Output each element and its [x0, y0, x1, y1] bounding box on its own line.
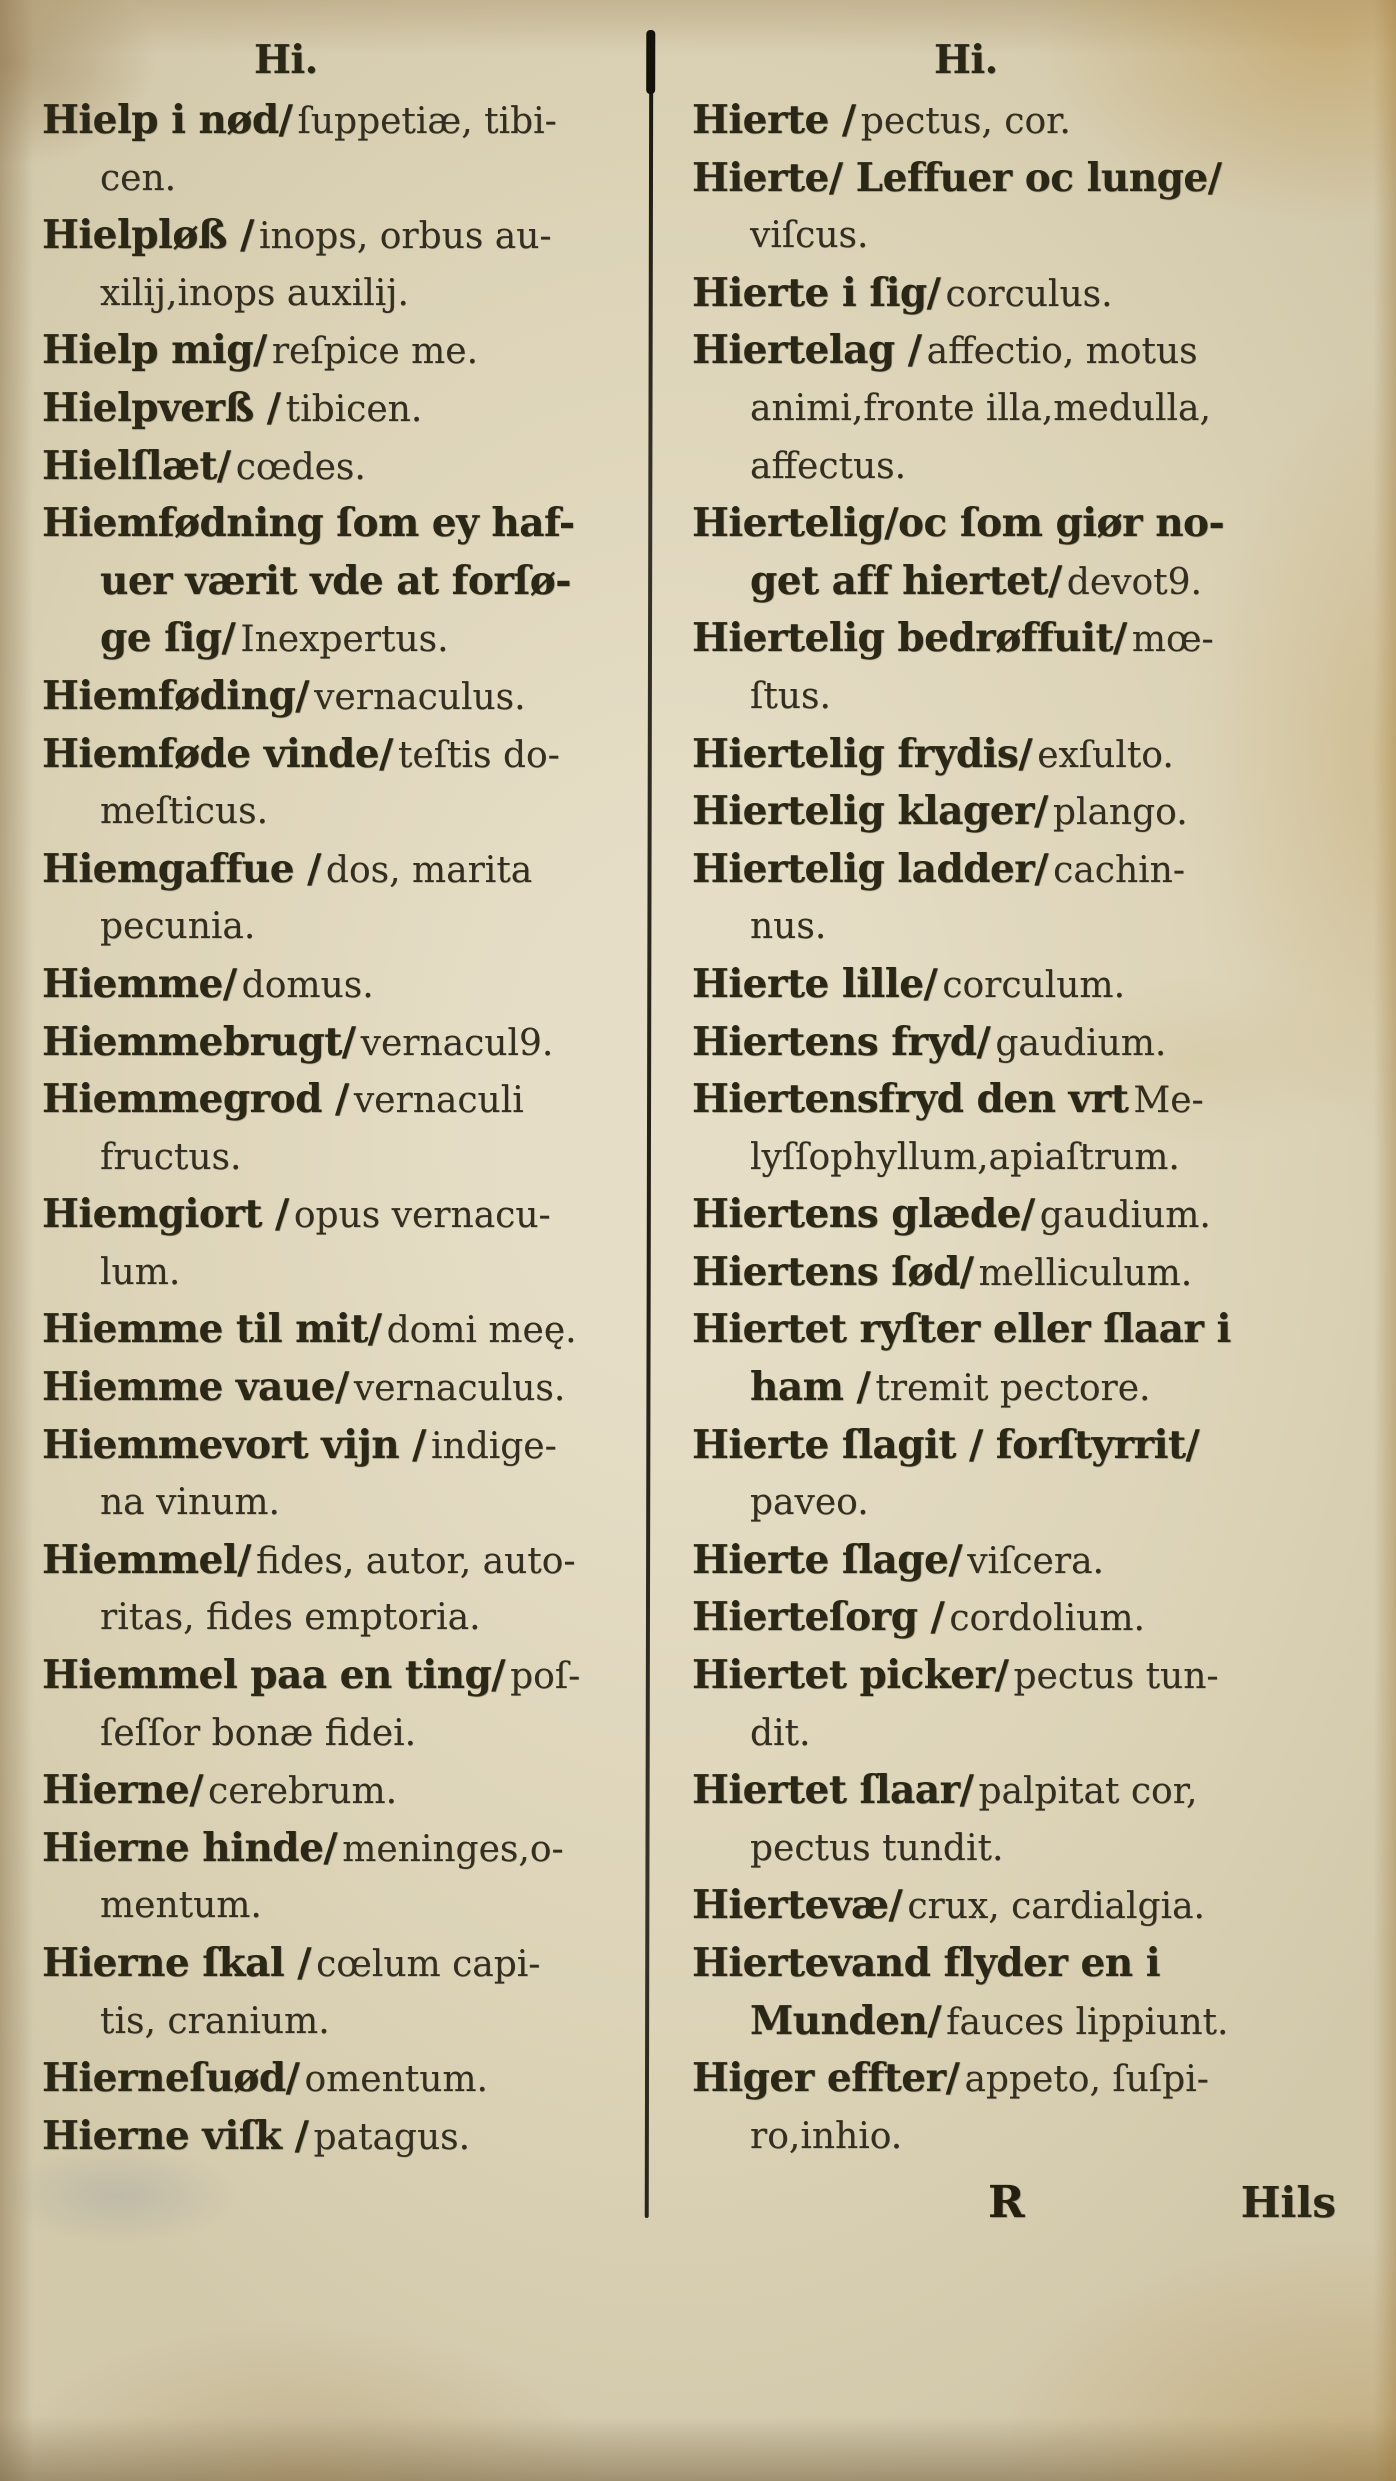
dictionary-line: affectus.	[692, 438, 1354, 496]
latin-gloss-text: indige-	[431, 1426, 557, 1467]
headword-text: Munden/	[750, 1998, 941, 2044]
latin-gloss-text: lum.	[100, 1252, 180, 1293]
latin-gloss-text: animi,fronte illa,medulla,	[750, 388, 1211, 429]
dictionary-line: lyſſophyllum,apiaſtrum.	[692, 1129, 1354, 1187]
headword-text: Hiertevæ/	[692, 1882, 902, 1928]
dictionary-line: Hiertet picker/ pectus tun-	[692, 1647, 1354, 1705]
dictionary-line: viſcus.	[692, 207, 1354, 265]
headword-text: Hiertet ryſter eller ſlaar i	[692, 1306, 1231, 1352]
latin-gloss-text: palpitat cor,	[978, 1771, 1197, 1812]
headword-text: Hiemfødning ſom ey haf-	[42, 500, 575, 546]
scanned-dictionary-page: Hi. Hielp i nød/ ſuppetiæ, tibi-cen.Hiel…	[0, 0, 1396, 2481]
dictionary-line: Hiemmegrod / vernaculi	[42, 1071, 642, 1129]
headword-text: Hiemføding/	[42, 673, 309, 719]
dictionary-line: Munden/ fauces lippiunt.	[692, 1993, 1354, 2051]
dictionary-line: Hierte ſlagit / forſtyrrit/	[692, 1417, 1354, 1475]
dictionary-line: Hierteſorg / cordolium.	[692, 1589, 1354, 1647]
dictionary-line: Hiertens fryd/ gaudium.	[692, 1014, 1354, 1072]
dictionary-line: Hiertevand flyder en i	[692, 1935, 1354, 1993]
dictionary-line: pecunia.	[42, 898, 642, 956]
latin-gloss-text: domus.	[242, 965, 374, 1006]
headword-text: Hierte ſlage/	[692, 1537, 962, 1583]
headword-text: Hierte /	[692, 97, 856, 143]
dictionary-line: Hiemme/ domus.	[42, 956, 642, 1014]
latin-gloss-text: cachin-	[1053, 850, 1185, 891]
dictionary-line: Hiertelig frydis/ exſulto.	[692, 726, 1354, 784]
latin-gloss-text: reſpice me.	[272, 331, 478, 372]
latin-gloss-text: cordolium.	[949, 1598, 1145, 1639]
latin-gloss-text: fauces lippiunt.	[946, 2002, 1228, 2043]
headword-text: Hiertelig frydis/	[692, 731, 1032, 777]
latin-gloss-text: dos, marita	[326, 850, 532, 891]
latin-gloss-text: pectus, cor.	[861, 101, 1071, 142]
latin-gloss-text: inops, orbus au-	[259, 216, 552, 257]
latin-gloss-text: mœ-	[1132, 619, 1214, 660]
dictionary-line: ham / tremit pectore.	[692, 1359, 1354, 1417]
dictionary-line: ge ſig/ Inexpertus.	[42, 610, 642, 668]
headword-text: Hiemgaffue /	[42, 846, 321, 892]
dictionary-column: Hi. Hielp i nød/ ſuppetiæ, tibi-cen.Hiel…	[42, 34, 642, 2165]
latin-gloss-text: fructus.	[100, 1137, 241, 1178]
headword-text: Hielp i nød/	[42, 97, 292, 143]
latin-gloss-text: melliculum.	[979, 1253, 1193, 1294]
dictionary-line: Hiemgiort / opus vernacu-	[42, 1186, 642, 1244]
latin-gloss-text: na vinum.	[100, 1482, 280, 1523]
dictionary-line: Hiertelig klager/ plango.	[692, 783, 1354, 841]
headword-text: Hiertelag /	[692, 327, 922, 373]
dictionary-line: Hierne/ cerebrum.	[42, 1762, 642, 1820]
latin-gloss-text: dit.	[750, 1713, 810, 1754]
signature-mark: R	[988, 2168, 1025, 2238]
dictionary-line: dit.	[692, 1705, 1354, 1763]
dictionary-line: Hielſlæt/ cœdes.	[42, 438, 642, 496]
latin-gloss-text: ritas, fides emptoria.	[100, 1597, 481, 1638]
column-divider-rule	[645, 38, 654, 2218]
page-footer: R Hils	[692, 2168, 1340, 2238]
latin-gloss-text: cœdes.	[236, 447, 366, 488]
headword-text: Hiemmebrugt/	[42, 1019, 356, 1065]
column-lines: Hierte / pectus, cor.Hierte/ Leffuer oc …	[692, 92, 1354, 2165]
latin-gloss-text: corculus.	[946, 274, 1113, 315]
latin-gloss-text: ſtus.	[750, 676, 831, 717]
headword-text: Hierne viſk /	[42, 2113, 308, 2159]
dictionary-line: Hiemmebrugt/ vernacul9.	[42, 1014, 642, 1072]
latin-gloss-text: viſcera.	[967, 1541, 1104, 1582]
dictionary-line: Hierte ſlage/ viſcera.	[692, 1532, 1354, 1590]
latin-gloss-text: cœlum capi-	[316, 1944, 540, 1985]
headword-text: Hiemmegrod /	[42, 1076, 349, 1122]
latin-gloss-text: xilij,inops auxilij.	[100, 273, 409, 314]
dictionary-line: Hierte / pectus, cor.	[692, 92, 1354, 150]
latin-gloss-text: tis, cranium.	[100, 2001, 330, 2042]
latin-gloss-text: vernaculus.	[354, 1368, 565, 1409]
dictionary-line: Hiertelag / affectio, motus	[692, 322, 1354, 380]
dictionary-line: Hielp mig/ reſpice me.	[42, 322, 642, 380]
latin-gloss-text: tremit pectore.	[875, 1368, 1150, 1409]
dictionary-line: cen.	[42, 150, 642, 208]
dictionary-line: get aff hiertet/ devot9.	[692, 553, 1354, 611]
latin-gloss-text: patagus.	[313, 2117, 470, 2158]
headword-text: Hiemføde vinde/	[42, 731, 393, 777]
latin-gloss-text: affectio, motus	[927, 331, 1198, 372]
dictionary-line: Hierne ſkal / cœlum capi-	[42, 1935, 642, 1993]
latin-gloss-text: ſuppetiæ, tibi-	[298, 101, 557, 142]
headword-text: ge ſig/	[100, 615, 235, 661]
dictionary-column: Hi. Hierte / pectus, cor.Hierte/ Leffuer…	[692, 34, 1354, 2165]
headword-text: Higer effter/	[692, 2055, 959, 2101]
dictionary-line: nus.	[692, 898, 1354, 956]
dictionary-line: Hiemgaffue / dos, marita	[42, 841, 642, 899]
dictionary-line: Hiemme vaue/ vernaculus.	[42, 1359, 642, 1417]
dictionary-line: pectus tundit.	[692, 1820, 1354, 1878]
latin-gloss-text: plango.	[1053, 792, 1188, 833]
latin-gloss-text: opus vernacu-	[294, 1195, 551, 1236]
latin-gloss-text: teſtis do-	[398, 735, 560, 776]
latin-gloss-text: crux, cardialgia.	[907, 1886, 1205, 1927]
dictionary-line: Hiemføde vinde/ teſtis do-	[42, 726, 642, 784]
latin-gloss-text: viſcus.	[750, 215, 868, 256]
dictionary-line: Hiertet ryſter eller ſlaar i	[692, 1301, 1354, 1359]
latin-gloss-text: nus.	[750, 906, 826, 947]
headword-text: Hiemme til mit/	[42, 1306, 381, 1352]
headword-text: ham /	[750, 1364, 870, 1410]
latin-gloss-text: meſticus.	[100, 791, 268, 832]
latin-gloss-text: vernacul9.	[361, 1023, 554, 1064]
headword-text: uer værit vde at forſø-	[100, 558, 571, 604]
headword-text: Hiertelig klager/	[692, 788, 1048, 834]
headword-text: Hiertens fryd/	[692, 1019, 990, 1065]
dictionary-line: Hiemfødning ſom ey haf-	[42, 495, 642, 553]
dictionary-line: tis, cranium.	[42, 1993, 642, 2051]
headword-text: Hielpverß /	[42, 385, 281, 431]
dictionary-line: Hiertens ſød/ melliculum.	[692, 1244, 1354, 1302]
dictionary-line: xilij,inops auxilij.	[42, 265, 642, 323]
headword-text: Hierte i ſig/	[692, 270, 940, 316]
dictionary-line: Hiertet ſlaar/ palpitat cor,	[692, 1762, 1354, 1820]
headword-text: Hielp mig/	[42, 327, 267, 373]
dictionary-line: Hierte/ Leffuer oc lunge/	[692, 150, 1354, 208]
headword-text: Hiemgiort /	[42, 1191, 289, 1237]
latin-gloss-text: pectus tun-	[1014, 1656, 1219, 1697]
headword-text: Hierneſuød/	[42, 2055, 299, 2101]
dictionary-line: na vinum.	[42, 1474, 642, 1532]
running-head-right: Hi.	[692, 34, 1354, 92]
headword-text: Hiemmevort vijn /	[42, 1422, 426, 1468]
dictionary-line: ro,inhio.	[692, 2108, 1354, 2166]
dictionary-line: Hiertensfryd den vrt Me-	[692, 1071, 1354, 1129]
latin-gloss-text: vernaculus.	[314, 677, 525, 718]
latin-gloss-text: gaudium.	[1040, 1195, 1211, 1236]
dictionary-line: Hierne hinde/ meninges,o-	[42, 1820, 642, 1878]
dictionary-line: ſtus.	[692, 668, 1354, 726]
latin-gloss-text: cen.	[100, 158, 176, 199]
latin-gloss-text: corculum.	[942, 965, 1125, 1006]
headword-text: Hierne/	[42, 1767, 203, 1813]
column-lines: Hielp i nød/ ſuppetiæ, tibi-cen.Hielpløß…	[42, 92, 642, 2165]
dictionary-line: meſticus.	[42, 783, 642, 841]
headword-text: Hierteſorg /	[692, 1594, 944, 1640]
headword-text: Hielſlæt/	[42, 443, 231, 489]
dictionary-line: Hiemmel/ fides, autor, auto-	[42, 1532, 642, 1590]
dictionary-line: Hiertevæ/ crux, cardialgia.	[692, 1877, 1354, 1935]
headword-text: Hiertensfryd den vrt	[692, 1076, 1128, 1122]
headword-text: Hiertevand flyder en i	[692, 1940, 1160, 1986]
latin-gloss-text: cerebrum.	[208, 1771, 397, 1812]
headword-text: Hiemmel/	[42, 1537, 251, 1583]
headword-text: Hierte ſlagit / forſtyrrit/	[692, 1422, 1199, 1468]
latin-gloss-text: Inexpertus.	[240, 619, 448, 660]
latin-gloss-text: lyſſophyllum,apiaſtrum.	[750, 1137, 1180, 1178]
latin-gloss-text: ro,inhio.	[750, 2116, 902, 2157]
dictionary-line: Hierneſuød/ omentum.	[42, 2050, 642, 2108]
dictionary-line: Hiertelig bedrøffuit/ mœ-	[692, 610, 1354, 668]
latin-gloss-text: affectus.	[750, 446, 906, 487]
headword-text: Hiemmel paa en ting/	[42, 1652, 505, 1698]
latin-gloss-text: appeto, ſuſpi-	[964, 2059, 1208, 2100]
latin-gloss-text: gaudium.	[995, 1023, 1166, 1064]
latin-gloss-text: poſ-	[510, 1656, 580, 1697]
dictionary-line: Higer effter/ appeto, ſuſpi-	[692, 2050, 1354, 2108]
dictionary-line: Hiemme til mit/ domi meę.	[42, 1301, 642, 1359]
dictionary-line: ritas, fides emptoria.	[42, 1589, 642, 1647]
headword-text: Hierte lille/	[692, 961, 937, 1007]
latin-gloss-text: exſulto.	[1037, 735, 1174, 776]
dictionary-line: paveo.	[692, 1474, 1354, 1532]
headword-text: Hierne hinde/	[42, 1825, 337, 1871]
dictionary-line: Hierte lille/ corculum.	[692, 956, 1354, 1014]
headword-text: Hiertet picker/	[692, 1652, 1008, 1698]
latin-gloss-text: paveo.	[750, 1482, 869, 1523]
headword-text: Hiemme vaue/	[42, 1364, 349, 1410]
latin-gloss-text: Me-	[1133, 1080, 1203, 1121]
latin-gloss-text: meninges,o-	[342, 1829, 563, 1870]
headword-text: Hiertens ſød/	[692, 1249, 974, 1295]
headword-text: Hiertelig/oc ſom giør no-	[692, 500, 1224, 546]
dictionary-line: mentum.	[42, 1877, 642, 1935]
headword-text: Hiertet ſlaar/	[692, 1767, 973, 1813]
dictionary-line: Hiertelig/oc ſom giør no-	[692, 495, 1354, 553]
dictionary-line: ſeſſor bonæ fidei.	[42, 1705, 642, 1763]
latin-gloss-text: tibicen.	[286, 389, 423, 430]
headword-text: Hierte/ Leffuer oc lunge/	[692, 155, 1221, 201]
dictionary-line: Hierne viſk / patagus.	[42, 2108, 642, 2166]
headword-text: Hiertens glæde/	[692, 1191, 1035, 1237]
latin-gloss-text: domi meę.	[387, 1310, 577, 1351]
headword-text: Hielpløß /	[42, 212, 254, 258]
dictionary-line: Hielp i nød/ ſuppetiæ, tibi-	[42, 92, 642, 150]
headword-text: Hierne ſkal /	[42, 1940, 311, 1986]
dictionary-line: Hiemmel paa en ting/ poſ-	[42, 1647, 642, 1705]
dictionary-line: Hiertens glæde/ gaudium.	[692, 1186, 1354, 1244]
dictionary-line: Hiemmevort vijn / indige-	[42, 1417, 642, 1475]
headword-text: get aff hiertet/	[750, 558, 1062, 604]
dictionary-line: fructus.	[42, 1129, 642, 1187]
dictionary-line: Hierte i ſig/ corculus.	[692, 265, 1354, 323]
running-head-left: Hi.	[42, 34, 642, 92]
dictionary-line: Hiemføding/ vernaculus.	[42, 668, 642, 726]
catchword: Hils	[1241, 2168, 1336, 2238]
headword-text: Hiertelig bedrøffuit/	[692, 615, 1127, 661]
latin-gloss-text: vernaculi	[354, 1080, 524, 1121]
dictionary-line: Hiertelig ladder/ cachin-	[692, 841, 1354, 899]
latin-gloss-text: pectus tundit.	[750, 1828, 1003, 1869]
latin-gloss-text: fides, autor, auto-	[256, 1541, 576, 1582]
dictionary-line: uer værit vde at forſø-	[42, 553, 642, 611]
latin-gloss-text: pecunia.	[100, 906, 255, 947]
latin-gloss-text: omentum.	[304, 2059, 488, 2100]
headword-text: Hiertelig ladder/	[692, 846, 1048, 892]
latin-gloss-text: ſeſſor bonæ fidei.	[100, 1713, 416, 1754]
latin-gloss-text: mentum.	[100, 1885, 262, 1926]
dictionary-line: lum.	[42, 1244, 642, 1302]
dictionary-line: Hielpløß / inops, orbus au-	[42, 207, 642, 265]
headword-text: Hiemme/	[42, 961, 237, 1007]
latin-gloss-text: devot9.	[1067, 562, 1202, 603]
dictionary-line: Hielpverß / tibicen.	[42, 380, 642, 438]
dictionary-line: animi,fronte illa,medulla,	[692, 380, 1354, 438]
